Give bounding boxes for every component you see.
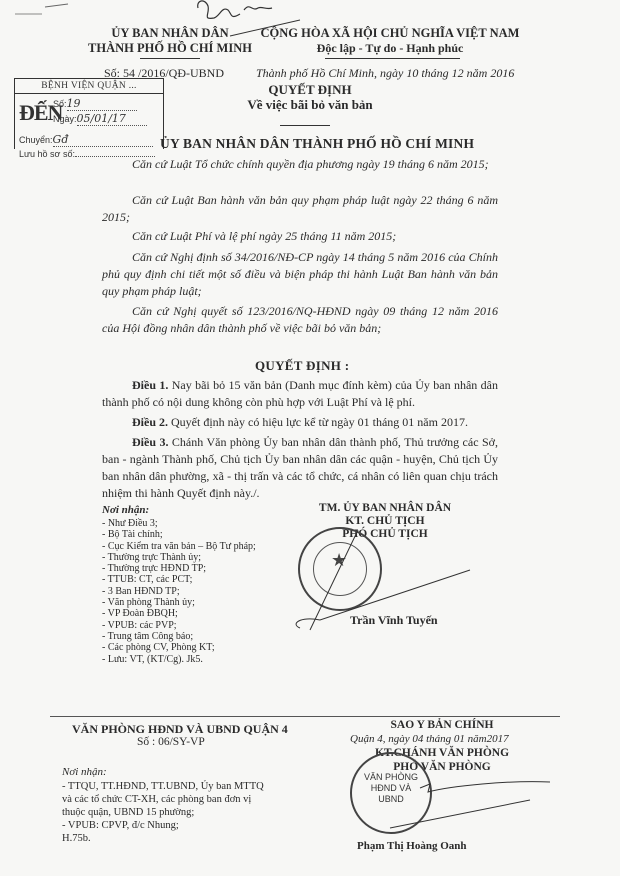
issuing-agency: ỦY BAN NHÂN DÂN THÀNH PHỐ HỒ CHÍ MINH xyxy=(160,136,474,152)
stamp-date-value: 05/01/17 xyxy=(77,112,147,126)
signature-title-1: TM. ỦY BAN NHÂN DÂN xyxy=(315,502,455,515)
divider xyxy=(280,125,330,126)
legal-basis-5: Căn cứ Nghị quyết số 123/2016/NQ-HĐND ng… xyxy=(102,303,498,337)
stamp-forward-field: Chuyển:Gđ xyxy=(19,133,153,147)
received-stamp: BỆNH VIỆN QUẬN ... ĐẾN Số:19 Ngày:05/01/… xyxy=(14,78,164,149)
issuer-header: ỦY BAN NHÂN DÂN THÀNH PHỐ HỒ CHÍ MINH xyxy=(70,26,270,56)
legal-basis-1: Căn cứ Luật Tổ chức chính quyền địa phươ… xyxy=(102,156,498,173)
copy-recipients-list: - TTQU, TT.HĐND, TT.UBND, Ủy ban MTTQ và… xyxy=(62,780,267,845)
recipients-title: Nơi nhận: xyxy=(102,504,149,516)
legal-basis-2: Căn cứ Luật Ban hành văn bản quy phạm ph… xyxy=(102,192,498,226)
handwritten-signature xyxy=(370,760,590,840)
recipient-item: - Như Điều 3; xyxy=(102,518,256,529)
certified-copy-title: SAO Y BẢN CHÍNH xyxy=(372,718,512,732)
recipient-item: - TTUB: CT, các PCT; xyxy=(102,574,256,585)
document-title: QUYẾT ĐỊNH xyxy=(250,82,370,98)
signer-name: Trần Vĩnh Tuyến xyxy=(350,613,438,628)
scanned-document-page: ỦY BAN NHÂN DÂN THÀNH PHỐ HỒ CHÍ MINH CỘ… xyxy=(0,0,620,876)
stamp-file-label: Lưu hồ sơ số: xyxy=(19,149,75,159)
stamp-date-field: Ngày:05/01/17 xyxy=(53,112,147,126)
divider xyxy=(140,58,200,59)
recipient-item: - Văn phòng Thành ủy; xyxy=(102,597,256,608)
stamp-number-field: Số:19 xyxy=(53,97,137,111)
legal-basis-3: Căn cứ Luật Phí và lệ phí ngày 25 tháng … xyxy=(102,228,498,245)
copy-recipient-item: H.75b. xyxy=(62,832,267,845)
nation-motto: Độc lập - Tự do - Hạnh phúc xyxy=(250,41,530,56)
stamp-hospital-name: BỆNH VIỆN QUẬN ... xyxy=(15,81,163,91)
stamp-forward-label: Chuyển: xyxy=(19,135,53,145)
recipient-item: - Bộ Tài chính; xyxy=(102,529,256,540)
copy-recipient-item: - VPUB: CPVP, đ/c Nhung; xyxy=(62,819,267,832)
copy-office-name: VĂN PHÒNG HĐND VÀ UBND QUẬN 4 xyxy=(72,722,288,737)
copy-number: Số : 06/SY-VP xyxy=(137,736,205,748)
recipient-item: - VPUB: các PVP; xyxy=(102,620,256,631)
article-2: Điều 2. Quyết định này có hiệu lực kể từ… xyxy=(102,414,498,431)
article-3: Điều 3. Chánh Văn phòng Ủy ban nhân dân … xyxy=(102,434,498,502)
recipient-item: - VP Đoàn ĐBQH; xyxy=(102,608,256,619)
recipient-item: - 3 Ban HĐND TP; xyxy=(102,586,256,597)
divider xyxy=(325,58,460,59)
place-and-date: Thành phố Hồ Chí Minh, ngày 10 tháng 12 … xyxy=(256,66,514,81)
section-divider xyxy=(50,716,560,717)
recipient-item: - Lưu: VT, (KT/Cg). Jk5. xyxy=(102,654,256,665)
decision-heading: QUYẾT ĐỊNH : xyxy=(255,358,349,374)
recipient-item: - Thường trực HĐND TP; xyxy=(102,563,256,574)
copy-date: Quận 4, ngày 04 tháng 01 năm2017 xyxy=(350,733,509,745)
stamp-divider xyxy=(15,93,163,94)
stamp-forward-value: Gđ xyxy=(53,133,153,147)
issuer-line-2: THÀNH PHỐ HỒ CHÍ MINH xyxy=(70,41,270,56)
stamp-date-label: Ngày: xyxy=(53,114,77,124)
stamp-number-value: 19 xyxy=(67,97,137,111)
national-header: CỘNG HÒA XÃ HỘI CHỦ NGHĨA VIỆT NAM Độc l… xyxy=(250,26,530,56)
legal-basis-4: Căn cứ Nghị định số 34/2016/NĐ-CP ngày 1… xyxy=(102,249,498,300)
article-1: Điều 1. Nay bãi bỏ 15 văn bản (Danh mục … xyxy=(102,377,498,411)
document-subject: Về việc bãi bỏ văn bản xyxy=(240,97,380,113)
issuer-line-1: ỦY BAN NHÂN DÂN xyxy=(70,26,270,41)
nation-line-1: CỘNG HÒA XÃ HỘI CHỦ NGHĨA VIỆT NAM xyxy=(250,26,530,41)
copy-signer-name: Phạm Thị Hoàng Oanh xyxy=(357,840,467,852)
recipient-item: - Các phòng CV, Phòng KT; xyxy=(102,642,256,653)
recipients-list: - Như Điều 3; - Bộ Tài chính; - Cục Kiểm… xyxy=(102,518,256,665)
copy-recipient-item: - TTQU, TT.HĐND, TT.UBND, Ủy ban MTTQ và… xyxy=(62,780,267,819)
recipient-item: - Thường trực Thành ủy; xyxy=(102,552,256,563)
copy-recipients-title: Nơi nhận: xyxy=(62,766,107,778)
recipient-item: - Trung tâm Công báo; xyxy=(102,631,256,642)
stamp-number-label: Số: xyxy=(53,99,67,109)
recipient-item: - Cục Kiểm tra văn bản – Bộ Tư pháp; xyxy=(102,541,256,552)
